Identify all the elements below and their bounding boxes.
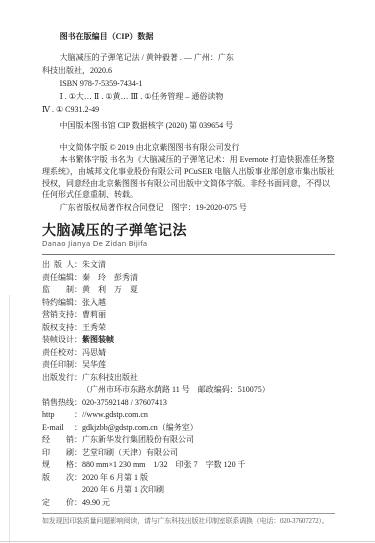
publishing-row: E-mail：gdkjzbb@gdstp.com.cn（编务室）: [42, 422, 335, 435]
row-value: 广东科技出版社: [82, 373, 138, 382]
divider-rule-top: [42, 254, 335, 255]
credit-row: 责任编辑：秦 玲 彭秀清: [42, 272, 335, 285]
row-label: 印刷: [42, 447, 74, 460]
row-value: 紫图装帧: [82, 335, 114, 344]
simplified-edition-line: 中文简体字版 © 2019 由北京紫图图书有限公司发行: [42, 141, 335, 154]
row-label: 特约编辑: [42, 297, 74, 310]
cip-description-line-1: 大脑减压的子弹笔记法 / 黄钟毅著 . — 广州：广东: [42, 51, 335, 64]
title-block: 大脑减压的子弹笔记法 Danao Jianya De Zidan Bijifa: [42, 223, 335, 249]
row-colon: ：: [74, 260, 82, 269]
row-value: 秦 玲 彭秀清: [82, 273, 138, 282]
row-label: 版权支持: [42, 322, 74, 335]
row-value: gdkjzbb@gdstp.com.cn（编务室）: [82, 423, 198, 432]
row-label: 出版发行: [42, 372, 74, 385]
publishing-list: 出版发行：广东科技出版社（广州市环市东路水荫路 11 号 邮政编码：510075…: [42, 372, 335, 510]
credit-row: 版权支持：王秀荣: [42, 322, 335, 335]
row-value: 广东新华发行集团股份有限公司: [82, 435, 194, 444]
book-title: 大脑减压的子弹笔记法: [42, 223, 335, 240]
publishing-row: 版次：2020 年 6 月第 1 版: [42, 472, 335, 485]
scan-edge-bottom: [0, 541, 375, 542]
row-label: 营销支持: [42, 309, 74, 322]
row-value: 020-37592148 / 37607413: [82, 398, 167, 407]
publishing-row: 定价：49.90 元: [42, 497, 335, 510]
row-colon: ：: [74, 423, 82, 432]
credit-row: 装帧设计：紫图装帧: [42, 334, 335, 347]
cip-record-line: 中国版本图书馆 CIP 数据核字 (2020) 第 039654 号: [42, 119, 335, 132]
row-value: 王秀荣: [82, 323, 106, 332]
book-title-pinyin: Danao Jianya De Zidan Bijifa: [42, 240, 335, 249]
scan-edge-left: [9, 295, 10, 543]
row-value: 朱文清: [82, 260, 106, 269]
license-paragraph: 本书繁体字版 书名为《大脑减压的子弹笔记术：用 Evernote 打造快狠准任务…: [42, 154, 335, 201]
row-label: 责任校对: [42, 347, 74, 360]
row-colon: ：: [74, 348, 82, 357]
row-value: //www.gdstp.com.cn: [82, 410, 148, 419]
row-label: 出版人: [42, 259, 74, 272]
publishing-row: 印刷：艺堂印刷（天津）有限公司: [42, 447, 335, 460]
row-colon: ：: [74, 410, 82, 419]
row-value: 2020 年 6 月第 1 版: [82, 473, 148, 482]
row-value: 艺堂印刷（天津）有限公司: [82, 448, 178, 457]
row-value: 曹莉丽: [82, 310, 106, 319]
cip-block: 图书在版编目（CIP）数据 大脑减压的子弹笔记法 / 黄钟毅著 . — 广州：广…: [42, 30, 335, 132]
row-label: 版次: [42, 472, 74, 485]
row-colon: ：: [74, 460, 82, 469]
publishing-row: http：//www.gdstp.com.cn: [42, 409, 335, 422]
row-label: 监制: [42, 284, 74, 297]
credit-row: 营销支持：曹莉丽: [42, 309, 335, 322]
cip-classification-line-1: Ⅰ . ①大… Ⅱ . ①黄… Ⅲ . ①任务管理 – 通俗读物: [42, 90, 335, 103]
credits-list: 出版人：朱文清责任编辑：秦 玲 彭秀清监制：黄 利 万 夏特约编辑：张入越营销支…: [42, 259, 335, 372]
publishing-row: 规格：880 mm×1 230 mm 1/32 印张 7 字数 120 千: [42, 459, 335, 472]
row-value: 吴华莲: [82, 360, 106, 369]
isbn-line: ISBN 978-7-5359-7434-1: [42, 77, 335, 90]
publishing-row: 出版发行：广东科技出版社: [42, 372, 335, 385]
divider-rule-bottom: [42, 513, 335, 514]
row-colon: ：: [74, 310, 82, 319]
row-label: 责任印制: [42, 359, 74, 372]
row-label: 经销: [42, 434, 74, 447]
row-colon: ：: [74, 448, 82, 457]
row-colon: ：: [74, 498, 82, 507]
row-value: 49.90 元: [82, 498, 110, 507]
credit-row: 责任校对：冯思婧: [42, 347, 335, 360]
cip-classification-line-2: Ⅳ . ① C931.2-49: [42, 103, 335, 116]
row-label: E-mail: [42, 422, 74, 435]
row-colon: ：: [74, 360, 82, 369]
row-extra-line: 2020 年 6 月第 1 次印刷: [42, 484, 335, 497]
row-label: 装帧设计: [42, 334, 74, 347]
row-colon: ：: [74, 473, 82, 482]
row-label: 销售热线: [42, 397, 74, 410]
credit-row: 出版人：朱文清: [42, 259, 335, 272]
colophon-page: 图书在版编目（CIP）数据 大脑减压的子弹笔记法 / 黄钟毅著 . — 广州：广…: [0, 0, 375, 543]
row-colon: ：: [74, 298, 82, 307]
row-colon: ：: [74, 273, 82, 282]
row-value: 880 mm×1 230 mm 1/32 印张 7 字数 120 千: [82, 460, 246, 469]
credit-row: 特约编辑：张入越: [42, 297, 335, 310]
row-colon: ：: [74, 285, 82, 294]
row-extra-line: （广州市环市东路水荫路 11 号 邮政编码：510075）: [42, 384, 335, 397]
row-label: http: [42, 409, 74, 422]
row-colon: ：: [74, 335, 82, 344]
row-label: 定价: [42, 497, 74, 510]
row-value: 张入越: [82, 298, 106, 307]
cip-header: 图书在版编目（CIP）数据: [42, 30, 335, 43]
row-label: 责任编辑: [42, 272, 74, 285]
row-colon: ：: [74, 398, 82, 407]
row-label: 规格: [42, 459, 74, 472]
credit-row: 责任印制：吴华莲: [42, 359, 335, 372]
license-block: 中文简体字版 © 2019 由北京紫图图书有限公司发行 本书繁体字版 书名为《大…: [42, 141, 335, 214]
row-colon: ：: [74, 373, 82, 382]
copyright-registration-line: 广东省版权局著作权合同登记 图字：19-2020-075 号: [42, 201, 335, 214]
publishing-row: 经销：广东新华发行集团股份有限公司: [42, 434, 335, 447]
row-value: 黄 利 万 夏: [82, 285, 138, 294]
row-colon: ：: [74, 435, 82, 444]
footer-note: 如发现因印装质量问题影响阅读，请与广东科技出版社印制室联系调换（电话：020-3…: [42, 517, 335, 526]
credit-row: 监制：黄 利 万 夏: [42, 284, 335, 297]
publishing-row: 销售热线：020-37592148 / 37607413: [42, 397, 335, 410]
row-colon: ：: [74, 323, 82, 332]
cip-description-line-2: 科技出版社，2020.6: [42, 64, 335, 77]
row-value: 冯思婧: [82, 348, 106, 357]
